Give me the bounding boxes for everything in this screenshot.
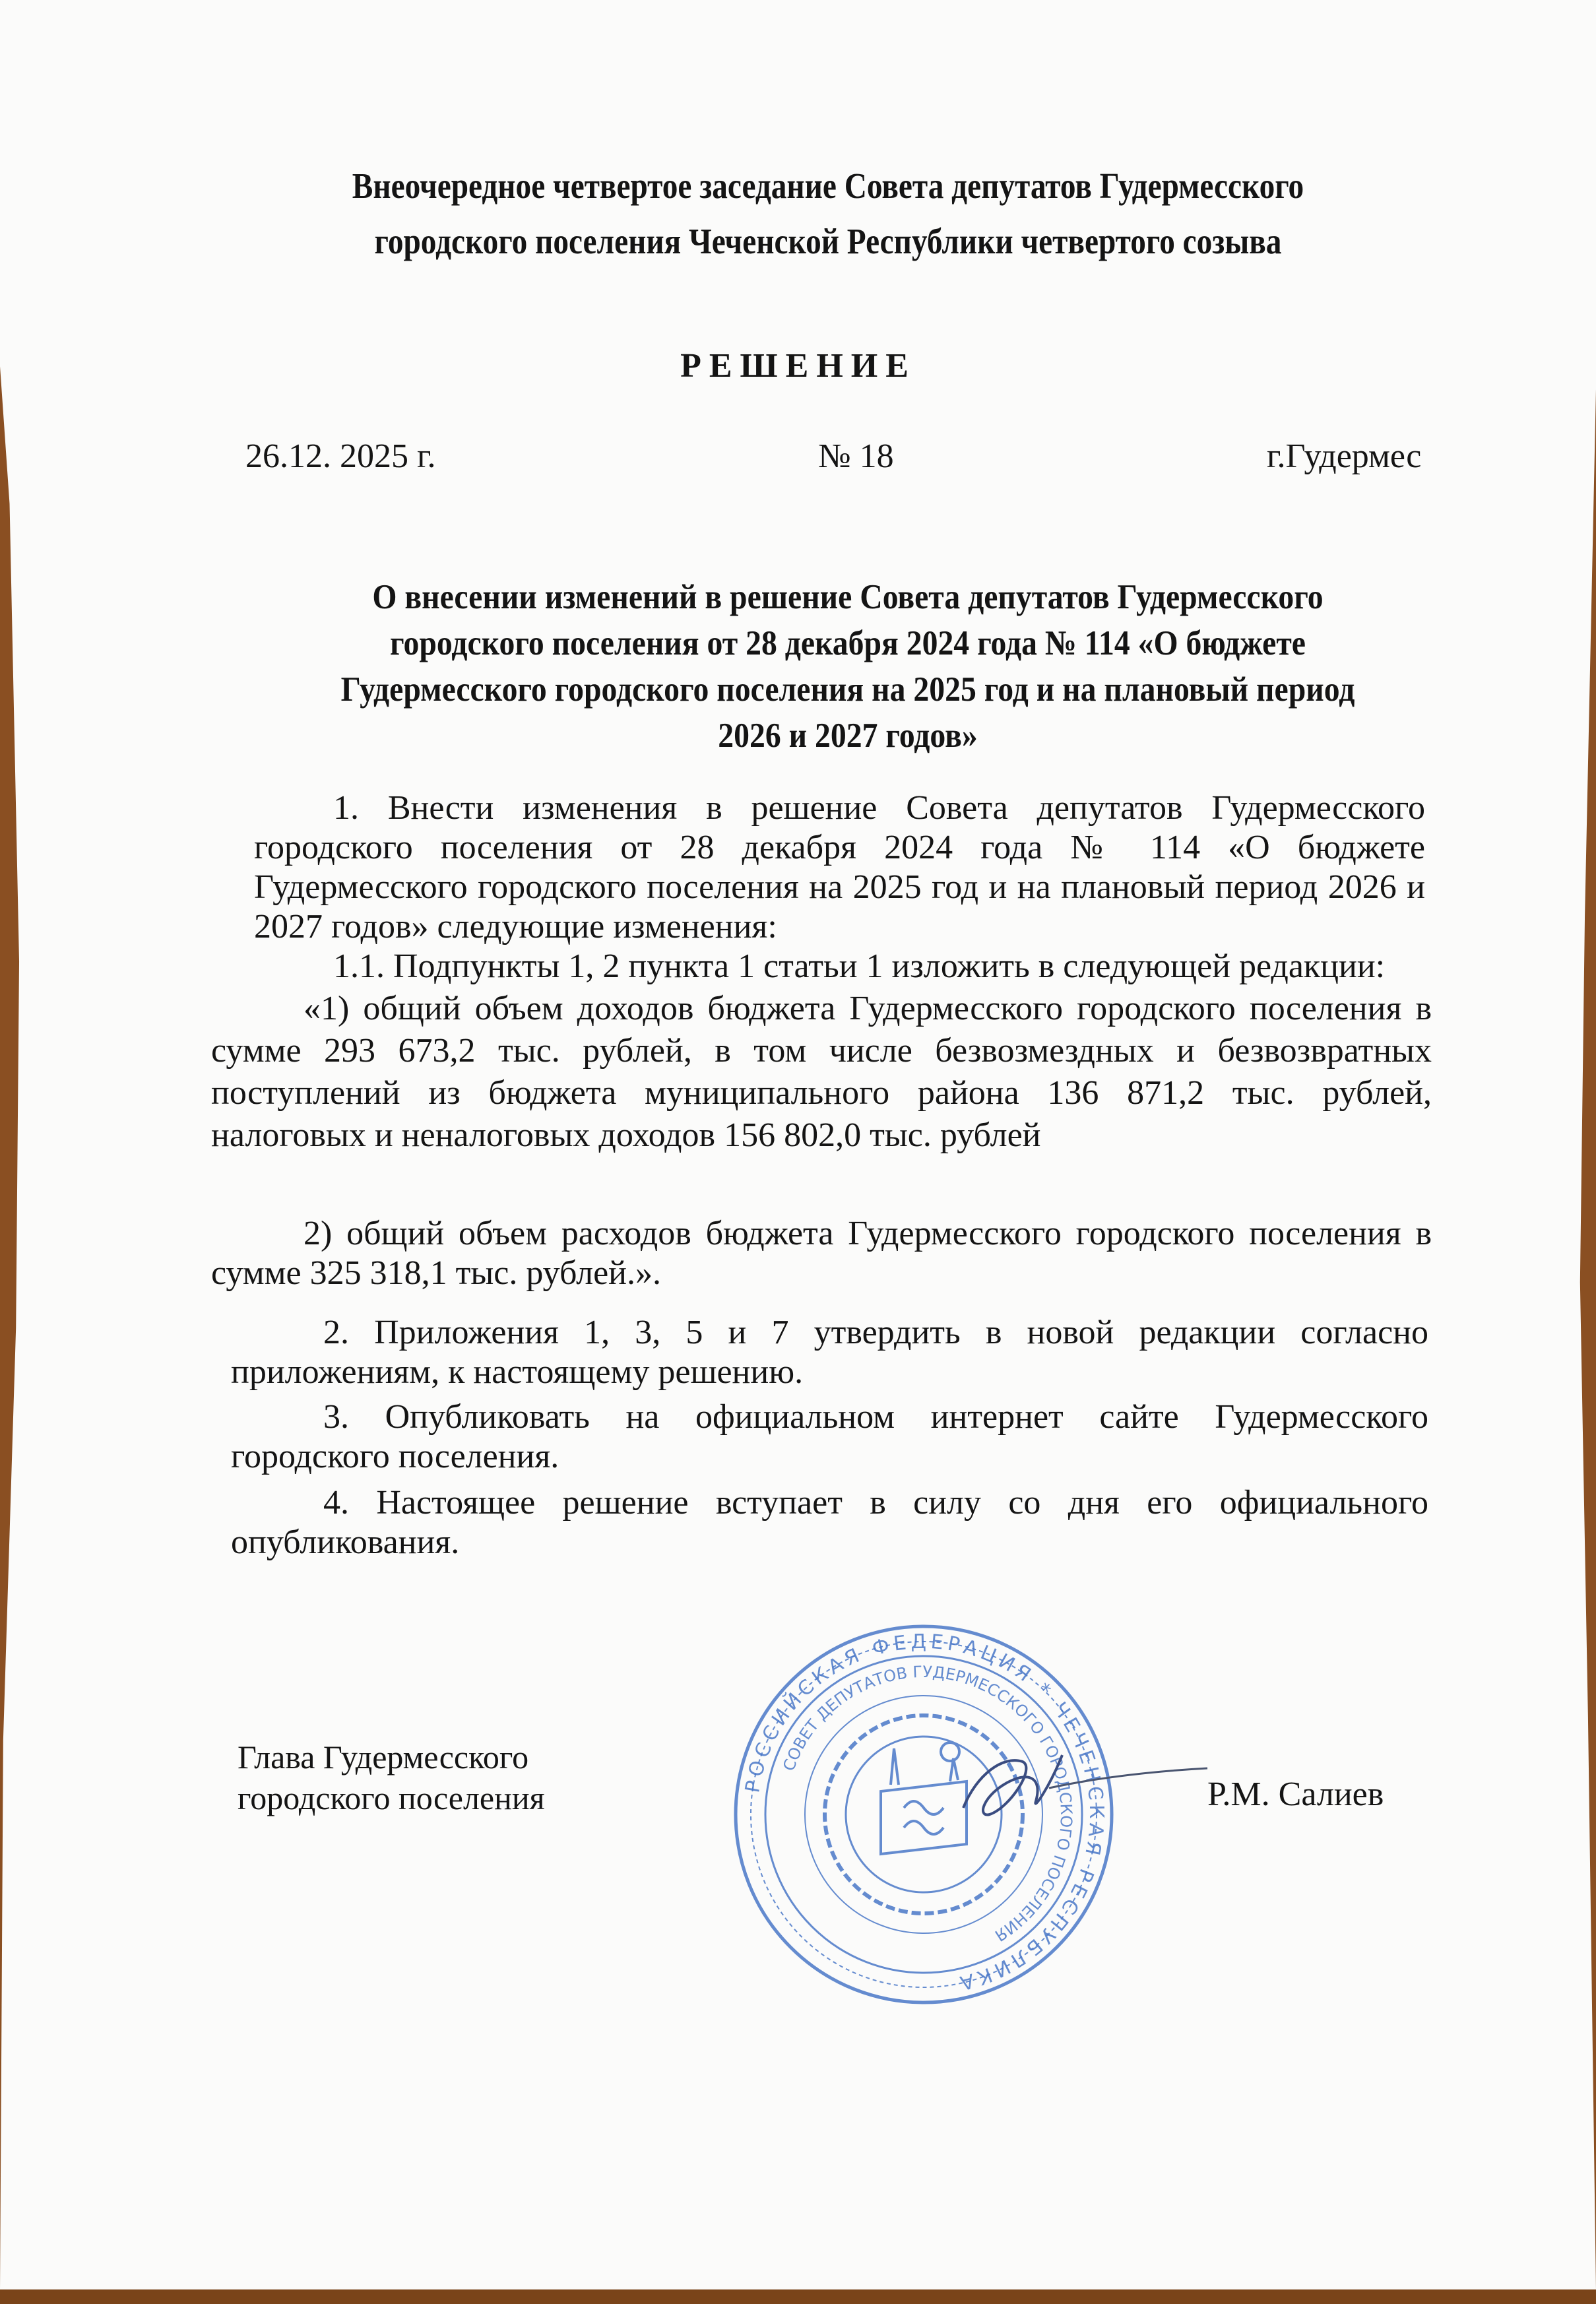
document-type-heading: РЕШЕНИЕ xyxy=(594,346,1003,385)
paragraph-3: 3. Опубликовать на официальном интернет … xyxy=(231,1397,1428,1477)
document-date: 26.12. 2025 г. xyxy=(245,437,435,476)
paragraph-2: 2. Приложения 1, 3, 5 и 7 утвердить в но… xyxy=(231,1313,1428,1392)
signatory-position-line1: Глава Гудермесского xyxy=(238,1737,545,1777)
signatory-name: Р.М. Салиев xyxy=(1207,1775,1384,1814)
session-title: Внеочередное четвертое заседание Совета … xyxy=(332,158,1325,269)
document-city: г.Гудермес xyxy=(1267,437,1421,476)
paragraph-4: 4. Настоящее решение вступает в силу со … xyxy=(231,1483,1428,1562)
document-subject: О внесении изменений в решение Совета де… xyxy=(323,574,1374,759)
handwritten-signature-icon xyxy=(950,1715,1214,1847)
paragraph-1-1: 1.1. Подпункты 1, 2 пункта 1 статьи 1 из… xyxy=(254,947,1442,986)
table-surface xyxy=(0,2289,1596,2304)
signatory-position-line2: городского поселения xyxy=(238,1777,545,1818)
subparagraph-2-expenses: 2) общий объем расходов бюджета Гудермес… xyxy=(211,1214,1432,1293)
subparagraph-1-income: «1) общий объем доходов бюджета Гудермес… xyxy=(211,988,1432,1157)
document-number: № 18 xyxy=(818,437,894,476)
paragraph-1: 1. Внести изменения в решение Совета деп… xyxy=(254,788,1425,947)
signatory-position: Глава Гудермесского городского поселения xyxy=(238,1737,545,1818)
